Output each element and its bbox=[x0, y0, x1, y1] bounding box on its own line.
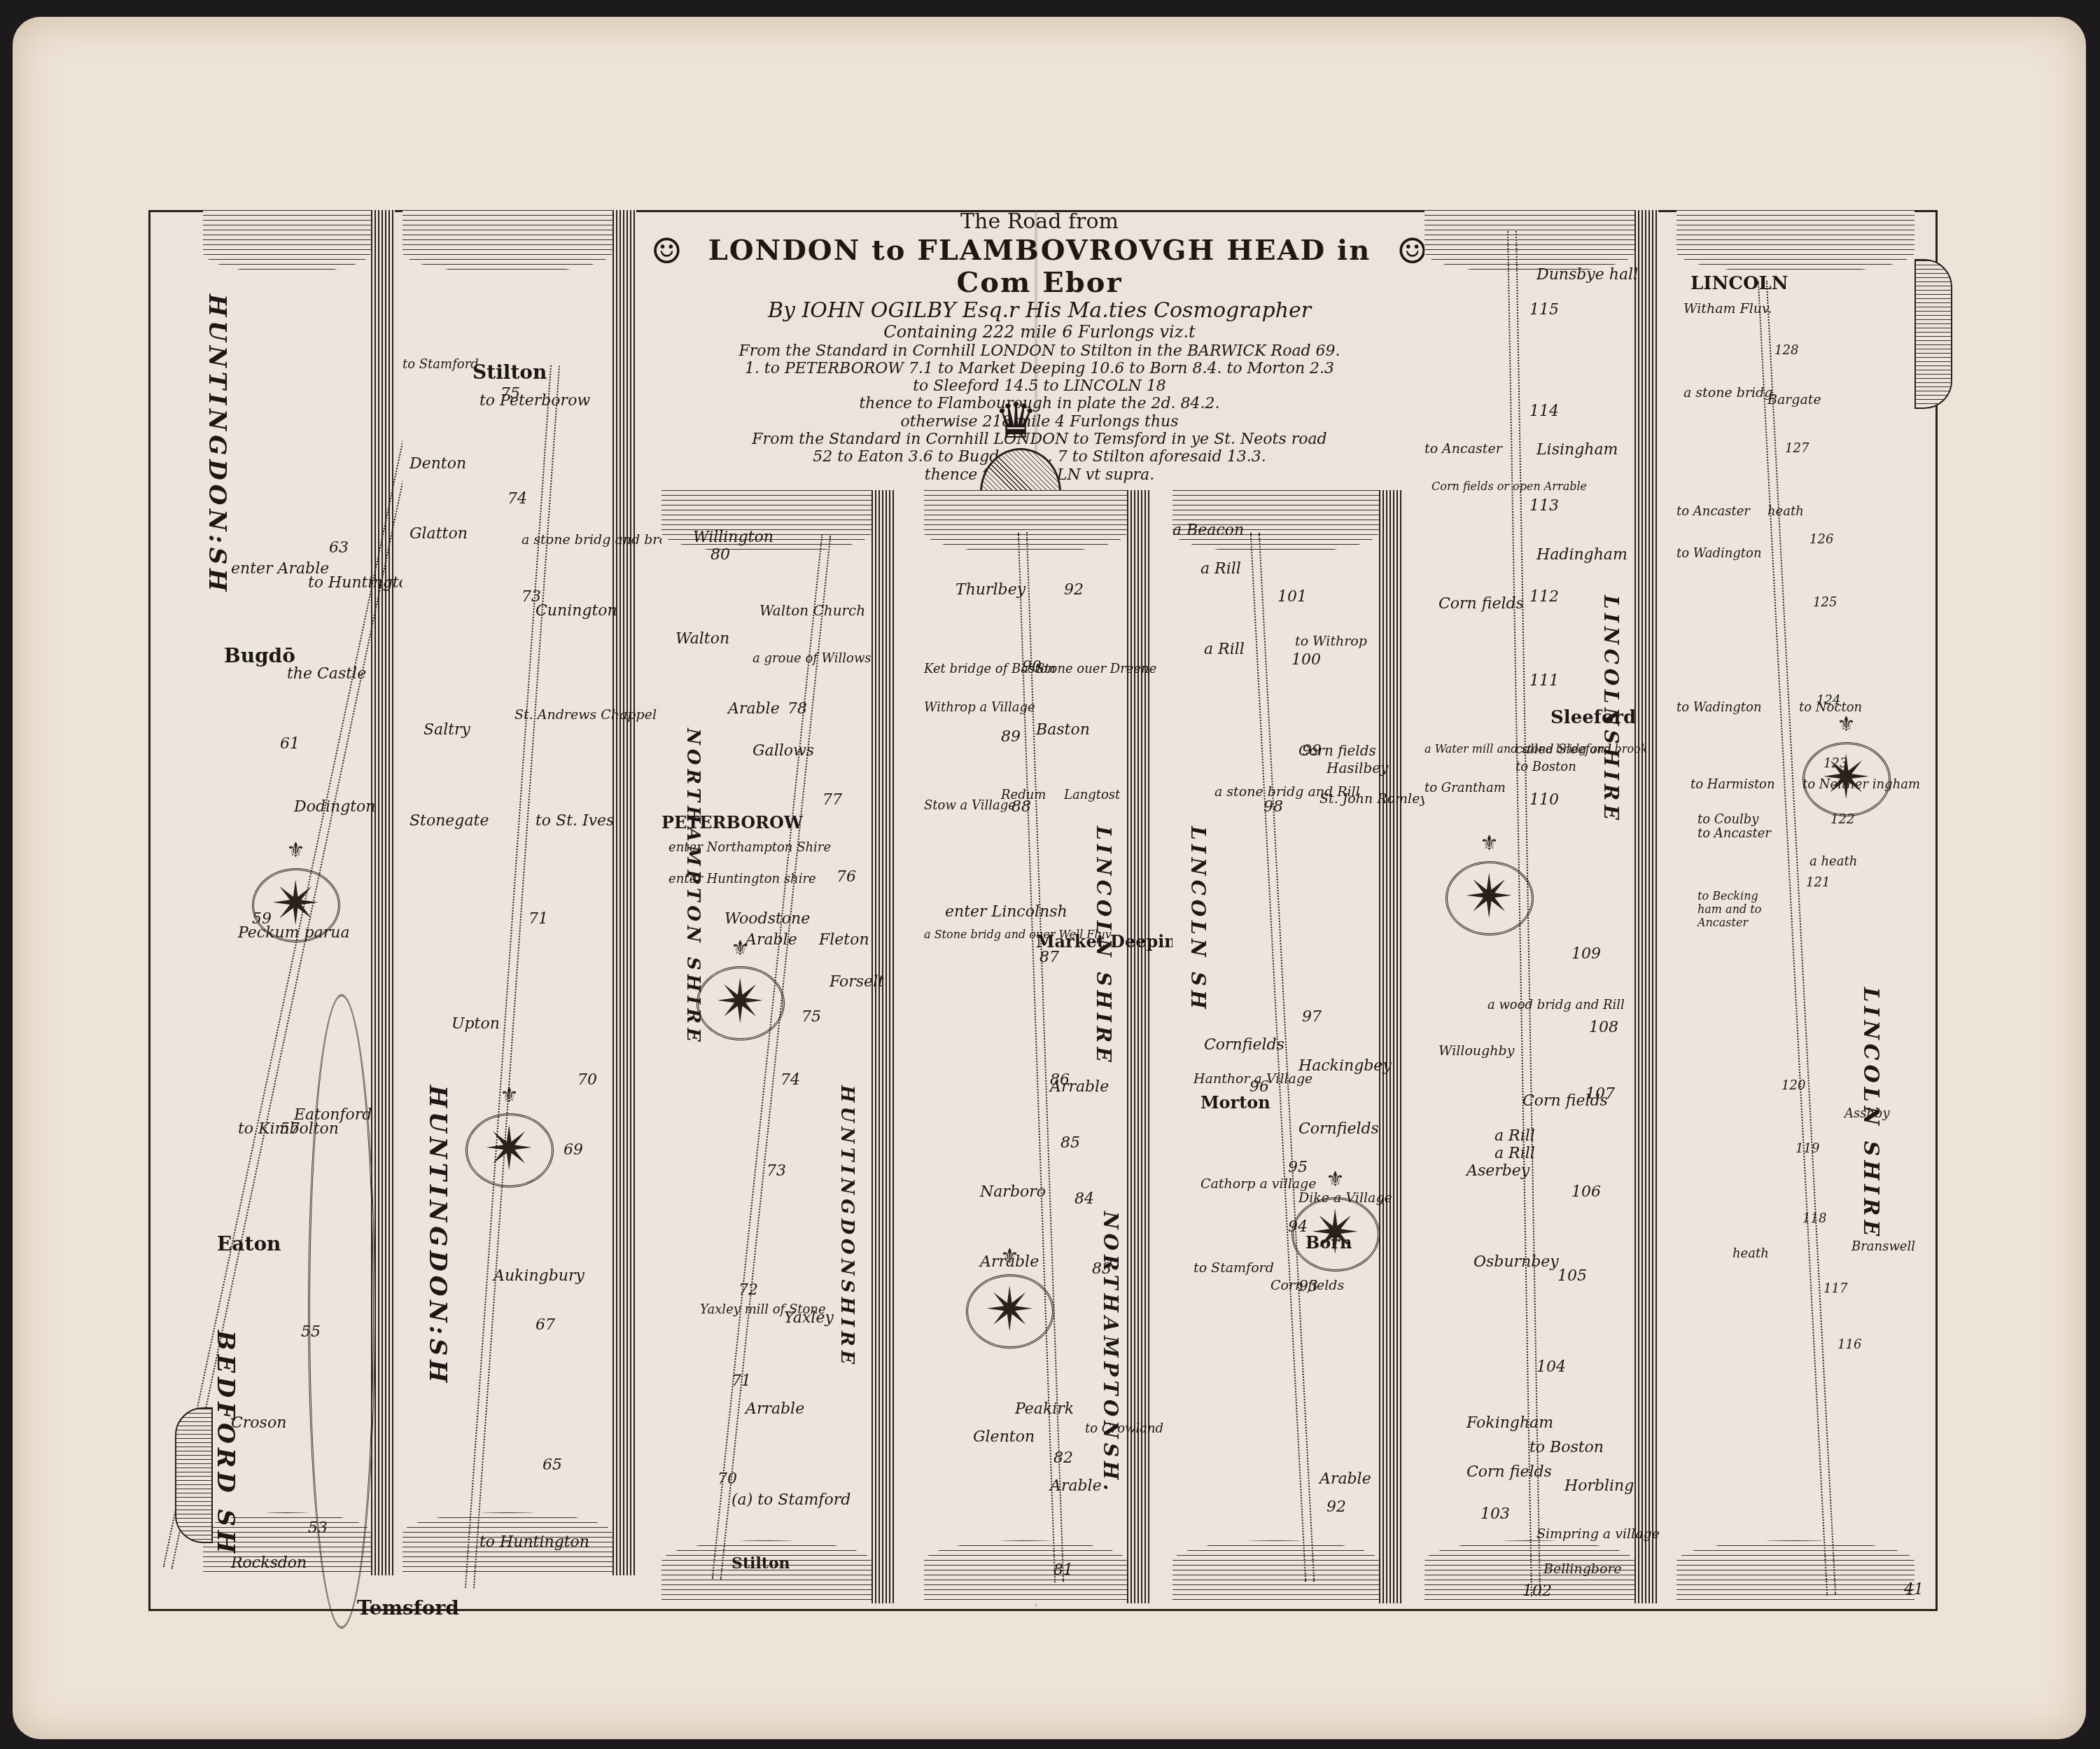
strip-5: LINCOLN SH Morton Born a Beacon a Rill t… bbox=[1172, 490, 1379, 1603]
town-label: Temsford bbox=[357, 1596, 459, 1619]
title-route-2: 1. to PETERBOROW 7.1 to Market Deeping 1… bbox=[707, 360, 1372, 377]
milestone: 92 bbox=[1326, 1498, 1346, 1516]
milestone: 103 bbox=[1480, 1505, 1510, 1523]
milestone: 75 bbox=[500, 385, 520, 403]
map-label: Rocksdon bbox=[231, 1554, 307, 1572]
map-label: Croson bbox=[231, 1414, 286, 1432]
title-route-4: thence to Flambourough in plate the 2d. … bbox=[707, 395, 1372, 412]
map-label: Fokingham bbox=[1466, 1414, 1553, 1432]
milestone: 99 bbox=[1302, 742, 1322, 760]
strip-edge bbox=[612, 210, 636, 1575]
strip-curl-bottom bbox=[1172, 1540, 1379, 1603]
map-label: to Ancaster bbox=[1676, 504, 1750, 519]
strip-3: NORTHAMPTON SHIRE HUNTINGDONSHIRE PETERB… bbox=[661, 490, 871, 1603]
cherub-face-left-icon: ☺ bbox=[651, 231, 682, 272]
milestone: 89 bbox=[1001, 728, 1021, 746]
map-label: to Huntington bbox=[479, 1533, 589, 1551]
map-label: Aukingbury bbox=[493, 1267, 584, 1285]
milestone: 85 bbox=[1060, 1134, 1080, 1152]
milestone: 107 bbox=[1585, 1085, 1615, 1103]
map-label: to Crowland bbox=[1085, 1421, 1163, 1436]
milestone: 70 bbox=[717, 1470, 737, 1488]
compass-rose-icon bbox=[465, 1113, 554, 1187]
county-label: HUNTINGDON:SH bbox=[203, 294, 231, 595]
milestone: 92 bbox=[1064, 581, 1084, 599]
map-label: Bargate bbox=[1767, 392, 1821, 407]
map-label: a Rill bbox=[1494, 1145, 1535, 1162]
milestone: 100 bbox=[1291, 651, 1321, 669]
map-label: to Becking ham and to Ancaster bbox=[1697, 889, 1767, 929]
milestone: 117 bbox=[1823, 1281, 1847, 1296]
map-label: to Huntington bbox=[308, 574, 418, 592]
compass-rose-icon bbox=[966, 1274, 1054, 1349]
strip-6: LINCOLNSHIRE Sleeford Dunsbye hall to An… bbox=[1424, 210, 1634, 1603]
map-label: called Sleeford bbox=[1515, 742, 1611, 757]
map-label: Bellingbore bbox=[1543, 1561, 1622, 1577]
map-label: Langtost bbox=[1064, 788, 1120, 802]
map-label: to Peterborow bbox=[479, 392, 590, 410]
compass-rose-icon bbox=[1445, 861, 1534, 935]
map-label: Arrable bbox=[745, 1400, 804, 1418]
map-label: to St. Ives bbox=[535, 812, 614, 830]
map-label: to Stamford bbox=[402, 357, 479, 372]
strip-edge bbox=[871, 490, 895, 1603]
strip-edge bbox=[1379, 490, 1403, 1603]
map-label: (a) to Stamford bbox=[731, 1491, 850, 1509]
map-label: Arable bbox=[1050, 1477, 1102, 1495]
milestone: 80 bbox=[710, 546, 730, 564]
map-label: a Rill bbox=[1204, 641, 1245, 658]
milestone: 57 bbox=[280, 1120, 300, 1138]
county-label: LINCOLN SH bbox=[1186, 826, 1210, 1013]
road bbox=[712, 534, 832, 1580]
milestone: 116 bbox=[1837, 1337, 1861, 1352]
map-label: Hasilbey bbox=[1326, 760, 1388, 776]
title-alt-2: From the Standard in Cornhill LONDON to … bbox=[707, 431, 1372, 448]
milestone: 81 bbox=[1053, 1561, 1073, 1579]
county-label: BEDFORD SH bbox=[211, 1330, 239, 1557]
map-label: to Boston bbox=[1529, 1439, 1604, 1456]
milestone: 83 bbox=[1092, 1260, 1112, 1278]
strip-curl-top bbox=[1424, 210, 1634, 273]
map-label: to Ancaster bbox=[1697, 826, 1771, 841]
title-author: By IOHN OGILBY Esq.r His Ma.ties Cosmogr… bbox=[707, 299, 1372, 323]
milestone: 90 bbox=[1022, 658, 1042, 676]
cherub-face-right-icon: ☺ bbox=[1396, 231, 1428, 272]
town-label: Stilton bbox=[731, 1554, 790, 1573]
map-label: Stone ouer Dreene bbox=[1036, 662, 1156, 676]
map-label: enter Huntington shire bbox=[668, 872, 816, 886]
strip-edge bbox=[1634, 210, 1658, 1603]
milestone: 109 bbox=[1571, 945, 1601, 963]
map-label: Gallows bbox=[752, 742, 814, 760]
map-label: Glenton bbox=[973, 1428, 1035, 1446]
milestone: 67 bbox=[535, 1316, 555, 1334]
map-label: Baston bbox=[1036, 721, 1090, 739]
strip-1: HUNTINGDON:SH BEDFORD SH Bugdō Eaton Tem… bbox=[203, 210, 371, 1575]
map-label: heath bbox=[1767, 504, 1804, 519]
map-label: to Ancaster bbox=[1424, 441, 1502, 457]
compass-rose-icon bbox=[696, 966, 785, 1040]
milestone: 118 bbox=[1802, 1211, 1826, 1226]
map-label: Willoughby bbox=[1438, 1043, 1514, 1059]
map-label: Lisingham bbox=[1536, 441, 1618, 459]
milestone: 98 bbox=[1263, 798, 1283, 816]
map-label: a heath bbox=[1809, 854, 1857, 869]
map-label: Cathorp a village bbox=[1200, 1176, 1317, 1192]
map-label: Denton bbox=[409, 455, 466, 473]
map-label: to Coulby bbox=[1697, 812, 1758, 827]
strip-curl-top bbox=[1676, 210, 1914, 273]
compass-rose-icon bbox=[252, 868, 340, 942]
milestone: 87 bbox=[1039, 949, 1059, 966]
map-label: Willington bbox=[693, 529, 773, 546]
milestone: 72 bbox=[738, 1281, 758, 1299]
milestone: 65 bbox=[542, 1456, 562, 1474]
scroll-curl-icon bbox=[1914, 259, 1952, 409]
milestone: 61 bbox=[280, 735, 300, 753]
road bbox=[1758, 281, 1836, 1596]
town-label: LINCOLN bbox=[1690, 273, 1788, 294]
title-alt-1: otherwise 218 mile 4 Furlongs thus bbox=[707, 413, 1372, 431]
map-label: Horbling bbox=[1564, 1477, 1634, 1495]
strip-4: LINCOLN SHIRE NORTHAMPTONSH. Market Deep… bbox=[924, 490, 1127, 1603]
map-label: St. Andrews Chappel bbox=[514, 707, 657, 723]
map-label: a Stone bridg and ouer Well Fluv bbox=[924, 928, 1112, 941]
map-label: Woodstone bbox=[724, 910, 810, 928]
milestone: 75 bbox=[801, 1008, 821, 1026]
map-label: Simpring a village bbox=[1536, 1526, 1660, 1542]
milestone: 115 bbox=[1529, 301, 1559, 319]
milestone: 96 bbox=[1249, 1078, 1269, 1096]
compass-rose-icon bbox=[1802, 742, 1891, 816]
milestone: 105 bbox=[1557, 1267, 1587, 1285]
milestone: 88 bbox=[1011, 798, 1031, 816]
title-distance: Containing 222 mile 6 Furlongs viz.t bbox=[707, 323, 1372, 342]
road bbox=[1018, 532, 1064, 1582]
map-label: to Grantham bbox=[1424, 781, 1506, 795]
milestone: 128 bbox=[1774, 343, 1798, 358]
map-label: to Boston bbox=[1515, 760, 1576, 774]
county-label: HUNTINGDONSHIRE bbox=[836, 1085, 857, 1368]
map-label: heath bbox=[1732, 1246, 1769, 1261]
strip-2: HUNTINGDON:SH Stilton to Stamford to Pet… bbox=[402, 210, 612, 1575]
map-label: Yaxley bbox=[784, 1309, 834, 1327]
milestone: 77 bbox=[822, 791, 842, 809]
map-label: to Wadington bbox=[1676, 700, 1762, 715]
map-label: a wood bridg and Rill bbox=[1487, 998, 1625, 1012]
milestone: 102 bbox=[1522, 1582, 1552, 1600]
map-label: Peakirk bbox=[1015, 1400, 1074, 1418]
town-label: Sleeford bbox=[1550, 707, 1636, 728]
compass-rose-icon bbox=[1291, 1197, 1380, 1271]
map-label: a Beacon bbox=[1172, 522, 1244, 539]
milestone: 101 bbox=[1277, 588, 1307, 606]
strip-curl-bottom bbox=[924, 1540, 1127, 1603]
plate-number: 41 bbox=[1904, 1581, 1924, 1598]
map-label: Arable bbox=[728, 700, 780, 718]
milestone: 71 bbox=[528, 910, 548, 928]
milestone: 125 bbox=[1813, 595, 1837, 610]
milestone: 71 bbox=[731, 1372, 751, 1390]
map-label: Osburnbey bbox=[1473, 1253, 1559, 1271]
map-label: Asshby bbox=[1844, 1106, 1890, 1121]
map-label: Stow a Village bbox=[924, 798, 1016, 813]
map-label: Forselt bbox=[829, 973, 884, 991]
map-label: St. John Romley bbox=[1319, 791, 1427, 807]
map-label: Arable bbox=[1319, 1470, 1371, 1488]
milestone: 63 bbox=[329, 539, 349, 557]
milestone: 73 bbox=[766, 1162, 786, 1180]
title-line-1: The Road from bbox=[707, 210, 1372, 235]
map-label: Corn fields or open Arrable bbox=[1431, 480, 1587, 493]
title-main: LONDON to FLAMBOVROVGH HEAD in Com Ebor bbox=[707, 235, 1372, 299]
map-label: Thurlbey bbox=[955, 581, 1025, 599]
milestone: 126 bbox=[1809, 532, 1833, 547]
map-label: to Stamford bbox=[1193, 1260, 1274, 1276]
milestone: 106 bbox=[1571, 1183, 1601, 1201]
title-route-3: to Sleeford 14.5 to LINCOLN 18 bbox=[707, 377, 1372, 395]
scroll-curl-icon bbox=[175, 1407, 213, 1543]
town-label: PETERBOROW bbox=[661, 812, 803, 832]
milestone: 120 bbox=[1781, 1078, 1805, 1093]
milestone: 127 bbox=[1785, 441, 1809, 456]
map-label: Cornfields bbox=[1298, 1120, 1379, 1138]
map-label: Narboro bbox=[980, 1183, 1046, 1201]
map-label: Cornfields bbox=[1204, 1036, 1284, 1054]
milestone: 119 bbox=[1795, 1141, 1819, 1156]
milestone: 110 bbox=[1529, 791, 1559, 809]
milestone: 113 bbox=[1529, 497, 1559, 515]
milestone: 124 bbox=[1816, 693, 1840, 708]
crown-icon: ♛ bbox=[994, 392, 1038, 450]
map-label: Walton bbox=[675, 630, 729, 648]
map-label: Upton bbox=[451, 1015, 500, 1033]
milestone: 74 bbox=[780, 1071, 800, 1089]
milestone: 95 bbox=[1288, 1159, 1308, 1176]
map-label: to Withrop bbox=[1295, 634, 1367, 649]
strip-7: LINCOLN SHIRE LINCOLN Witham Fluv. a sto… bbox=[1676, 210, 1914, 1603]
map-label: Cunington bbox=[535, 602, 617, 620]
map-label: Corn fields bbox=[1438, 595, 1524, 613]
milestone: 78 bbox=[787, 700, 807, 718]
milestone: 86 bbox=[1050, 1071, 1070, 1089]
milestone: 76 bbox=[836, 868, 856, 886]
map-label: Saltry bbox=[423, 721, 470, 739]
milestone: 74 bbox=[507, 490, 527, 508]
map-label: Fleton bbox=[819, 931, 869, 949]
milestone: 82 bbox=[1053, 1449, 1073, 1467]
milestone: 112 bbox=[1529, 588, 1559, 606]
map-label: enter Northampton Shire bbox=[668, 840, 831, 855]
title-route-1: From the Standard in Cornhill LONDON to … bbox=[707, 342, 1372, 360]
county-label: HUNTINGDON:SH bbox=[423, 1085, 451, 1386]
map-label: to Wadington bbox=[1676, 546, 1762, 561]
milestone: 104 bbox=[1536, 1358, 1566, 1376]
strip-curl-top bbox=[402, 210, 612, 273]
map-label: Stonegate bbox=[409, 812, 489, 830]
milestone: 97 bbox=[1302, 1008, 1322, 1026]
town-label: Stilton bbox=[472, 361, 547, 384]
milestone: 73 bbox=[521, 588, 541, 606]
map-label: Walton Church bbox=[759, 602, 865, 619]
strip-edge bbox=[1127, 490, 1151, 1603]
town-label: Bugdō bbox=[224, 644, 295, 667]
map-label: Arable bbox=[745, 931, 797, 949]
milestone: 70 bbox=[577, 1071, 597, 1089]
milestone: 93 bbox=[1298, 1278, 1318, 1295]
map-label: a stone bridg bbox=[1683, 385, 1772, 400]
map-label: to Harmiston bbox=[1690, 777, 1775, 792]
milestone: 108 bbox=[1589, 1019, 1618, 1036]
map-label: Branswell bbox=[1851, 1239, 1915, 1254]
milestone: 84 bbox=[1074, 1190, 1094, 1208]
map-label: Withrop a Village bbox=[924, 700, 1035, 715]
map-label: a Rill bbox=[1494, 1127, 1535, 1145]
strip-curl-top bbox=[203, 210, 371, 273]
map-label: Dunsbye hall bbox=[1536, 266, 1638, 284]
map-label: Glatton bbox=[409, 525, 468, 543]
town-label: Eaton bbox=[217, 1232, 281, 1255]
map-label: Aserbey bbox=[1466, 1162, 1529, 1180]
milestone: 121 bbox=[1806, 875, 1830, 890]
milestone: 114 bbox=[1529, 403, 1559, 420]
map-label: Dodington bbox=[294, 798, 376, 816]
map-label: a Rill bbox=[1200, 560, 1241, 578]
owse-river bbox=[308, 994, 375, 1629]
map-label: the Castle bbox=[287, 665, 366, 683]
map-label: enter Lincolnsh bbox=[945, 903, 1067, 921]
strip-curl-bottom bbox=[1676, 1540, 1914, 1603]
county-label: NORTHAMPTONSH. bbox=[1099, 1211, 1122, 1495]
map-label: a groue of Willows bbox=[752, 651, 871, 666]
map-label: Witham Fluv. bbox=[1683, 301, 1772, 316]
map-label: Hadingham bbox=[1536, 546, 1627, 564]
milestone: 69 bbox=[563, 1141, 583, 1159]
milestone: 111 bbox=[1529, 672, 1559, 690]
road bbox=[465, 365, 560, 1589]
map-label: Corn fields bbox=[1466, 1463, 1552, 1481]
